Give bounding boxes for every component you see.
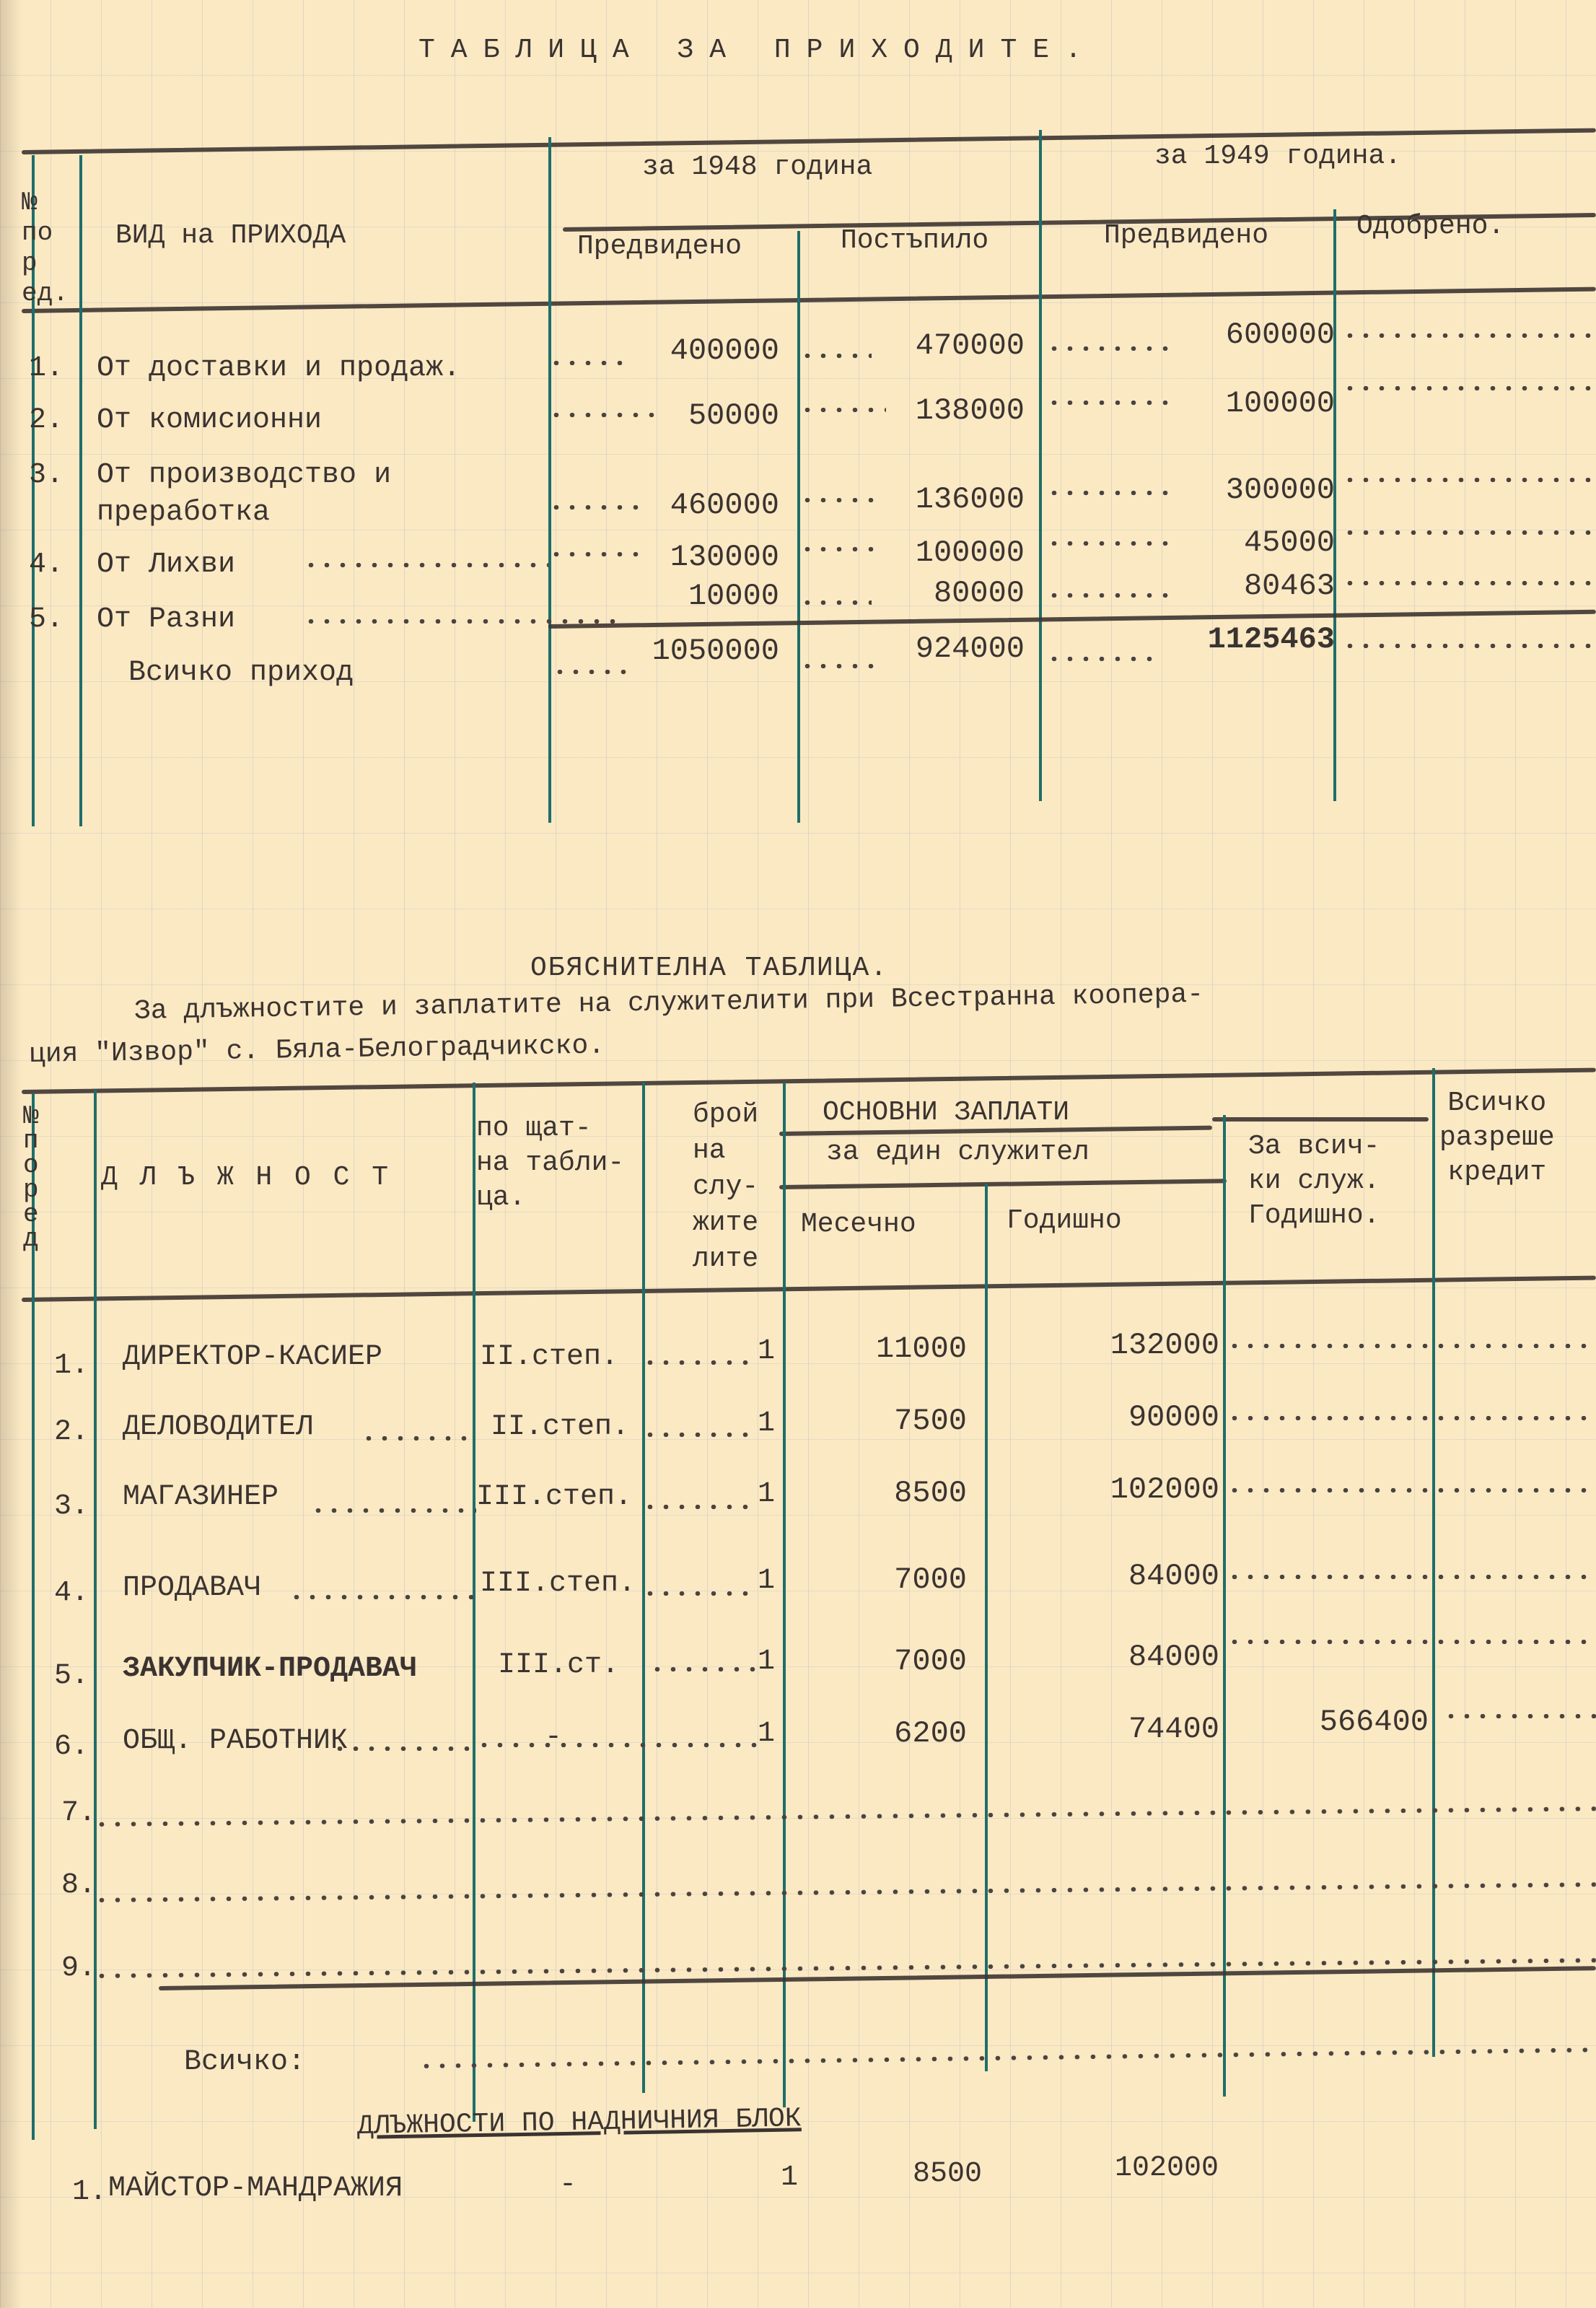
col-rule <box>642 1083 645 2093</box>
col-rule <box>79 155 82 826</box>
page-edge-shadow <box>0 0 22 2308</box>
all-employees-header: За всич-ки служ.Годишно. <box>1248 1129 1380 1233</box>
per-employee-header: за един служител <box>826 1137 1089 1168</box>
planned-1948-header: Предвидено <box>577 231 742 262</box>
year-1948-header: за 1948 година <box>642 152 872 183</box>
all-employees-rule <box>1212 1117 1429 1122</box>
received-1948-header: Постъпило <box>841 225 988 256</box>
approved-1949-header: Одобрено. <box>1356 211 1504 242</box>
col-rule <box>473 1083 475 2122</box>
monthly-header: Месечно <box>801 1209 916 1240</box>
col-rule <box>783 1083 786 2107</box>
staff-top-rule <box>22 1068 1596 1094</box>
col-rule <box>797 231 800 823</box>
type-header: ВИД на ПРИХОДА <box>115 220 346 251</box>
total-credit-header: Всичкоразрешекредит <box>1439 1086 1555 1190</box>
per-employee-rule <box>779 1179 1227 1189</box>
planned-1949-header: Предвидено <box>1104 220 1268 251</box>
income-table-title: ТАБЛИЦА ЗА ПРИХОДИТЕ. <box>418 35 1097 66</box>
staff-subtitle-1: За длъжностите и заплатите на служителит… <box>134 979 1204 1027</box>
col-rule <box>548 137 551 823</box>
num-header: №поред. <box>22 157 69 339</box>
staff-header-bottom-rule <box>22 1276 1596 1302</box>
yearly-header: Годишно <box>1007 1205 1122 1236</box>
staff-num-header: №поред <box>23 1104 39 1251</box>
col-rule <box>1432 1068 1435 2057</box>
count-header: бройнаслу-жителите <box>693 1097 758 1277</box>
year-1949-header: за 1949 година. <box>1154 141 1401 172</box>
daily-block-title: ДЛЪЖНОСТИ ПО НАДНИЧНИЯ БЛОК <box>357 2103 802 2142</box>
staff-schedule-header: по щат-на табли-ца. <box>476 1111 624 1215</box>
staff-subtitle-2: ция "Извор" с. Бяла-Белоградчикско. <box>29 1030 605 1070</box>
position-header: Д Л Ъ Ж Н О С Т <box>101 1162 391 1193</box>
col-rule <box>1039 130 1042 801</box>
basic-salaries-header: ОСНОВНИ ЗАПЛАТИ <box>823 1097 1069 1128</box>
col-rule <box>1223 1115 1226 2097</box>
col-rule <box>985 1184 988 2071</box>
header-bottom-rule <box>22 287 1596 313</box>
staff-table-title: ОБЯСНИТЕЛНА ТАБЛИЦА. <box>530 953 888 984</box>
